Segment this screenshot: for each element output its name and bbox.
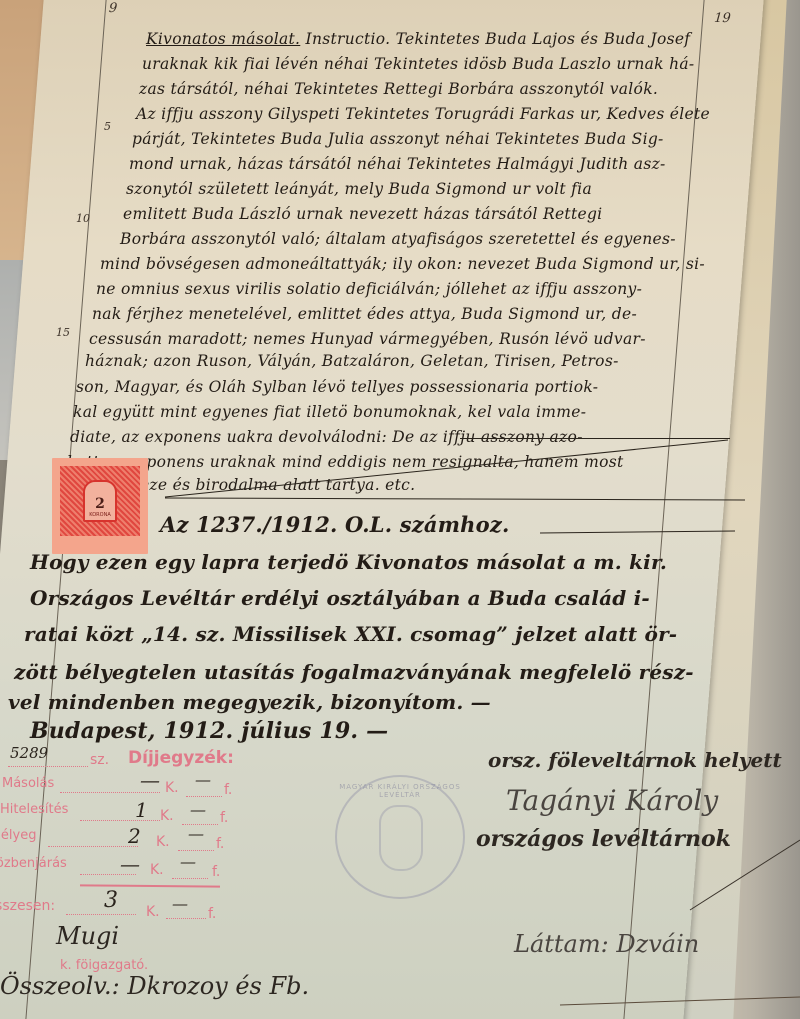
seen-line: Láttam: Dzváin: [514, 930, 699, 958]
archive-seal: MAGYAR KIRÁLYI ORSZÁGOS LEVÉLTÁR: [335, 775, 465, 899]
title-line-2: országos levéltárnok: [476, 826, 731, 852]
signer-name: Tagányi Károly: [506, 784, 718, 817]
fee-row-korona-stamp: 2: [128, 824, 141, 848]
fee-row-label-authentication: Hitelesítés: [0, 802, 68, 817]
fee-row-label-intermediation: Közbenjárás: [0, 856, 67, 871]
fee-row-korona-copy: —: [140, 768, 160, 792]
fee-total-label: Összesen:: [0, 898, 55, 914]
fee-total-korona: 3: [104, 888, 118, 913]
director-title: k. föigazgató.: [60, 958, 148, 973]
coat-of-arms-icon: [379, 805, 423, 871]
fee-title: Díjjegyzék:: [128, 748, 234, 768]
director-signature: Mugi: [56, 922, 119, 950]
stamp-unit: KORONA: [89, 512, 111, 518]
cert-line-2: Országos Levéltár erdélyi osztályában a …: [30, 586, 650, 610]
fee-number: 5289: [10, 744, 48, 762]
stamp-value: 2: [95, 496, 105, 512]
place-date: Budapest, 1912. július 19. —: [30, 718, 388, 744]
stamp-border: 2 KORONA: [60, 466, 140, 536]
fee-row-label-copy: Másolás: [2, 776, 54, 791]
collator-line: Összeolv.: Dkrozoy és Fb.: [0, 972, 309, 1000]
cert-line-3: ratai közt „14. sz. Missilisek XXI. csom…: [24, 622, 677, 646]
seal-text: MAGYAR KIRÁLYI ORSZÁGOS LEVÉLTÁR: [337, 783, 463, 799]
title-line-1: orsz. föleveltárnok helyett: [488, 748, 782, 772]
cert-line-4: zött bélyegtelen utasítás fogalmazványán…: [14, 660, 694, 684]
fee-sz-label: sz.: [90, 752, 109, 768]
fee-row-label-stamp: Bélyeg: [0, 828, 36, 843]
cert-reference: Az 1237./1912. O.L. számhoz.: [160, 512, 509, 537]
cert-line-1: Hogy ezen egy lapra terjedö Kivonatos má…: [30, 550, 667, 574]
fee-row-korona-authentication: 1: [135, 798, 148, 822]
revenue-stamp: 2 KORONA: [52, 458, 148, 554]
stamp-window: 2 KORONA: [83, 480, 117, 522]
cert-line-5: vel mindenben megegyezik, bizonyítom. —: [8, 690, 491, 714]
fee-row-korona-intermediation: —: [120, 852, 140, 876]
